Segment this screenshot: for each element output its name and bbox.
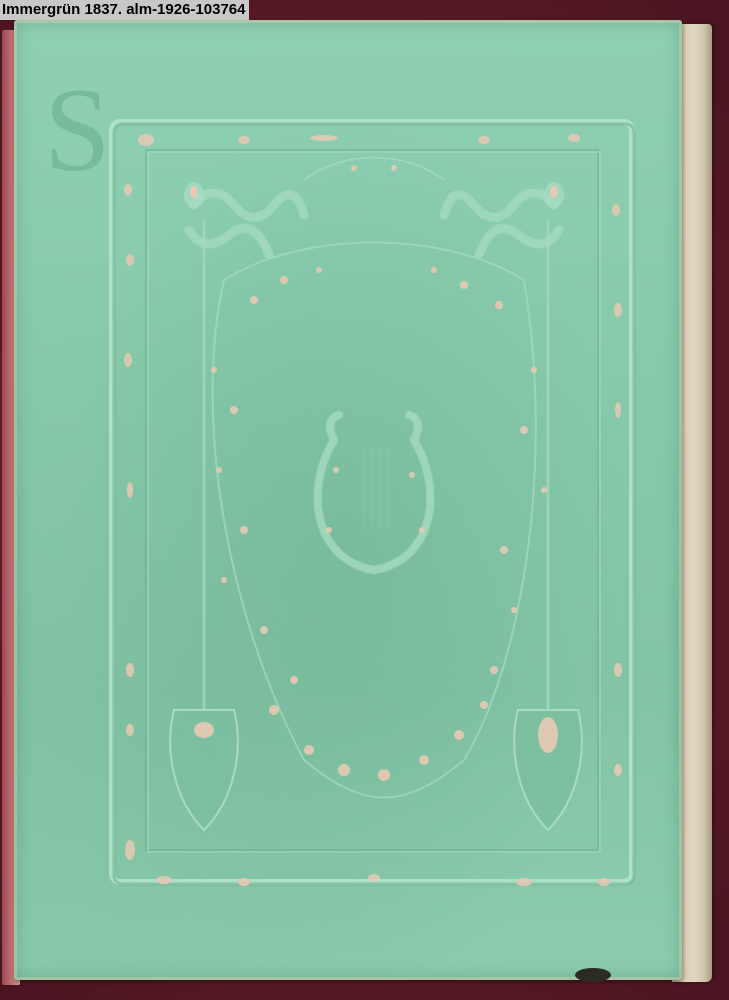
- lyre: [318, 415, 431, 570]
- vertical-poles: [204, 220, 548, 710]
- library-stamp-s: S: [44, 70, 111, 190]
- embossed-ornament: [104, 110, 644, 900]
- ink-stain: [575, 968, 611, 982]
- urns: [170, 710, 582, 830]
- ivy-garland: [213, 158, 536, 798]
- lyre-strings: [364, 445, 388, 530]
- bow-knots: [184, 182, 564, 208]
- image-caption: Immergrün 1837. alm-1926-103764: [0, 0, 249, 20]
- ribbon-bows: [189, 193, 559, 256]
- book-cover: S: [14, 20, 682, 980]
